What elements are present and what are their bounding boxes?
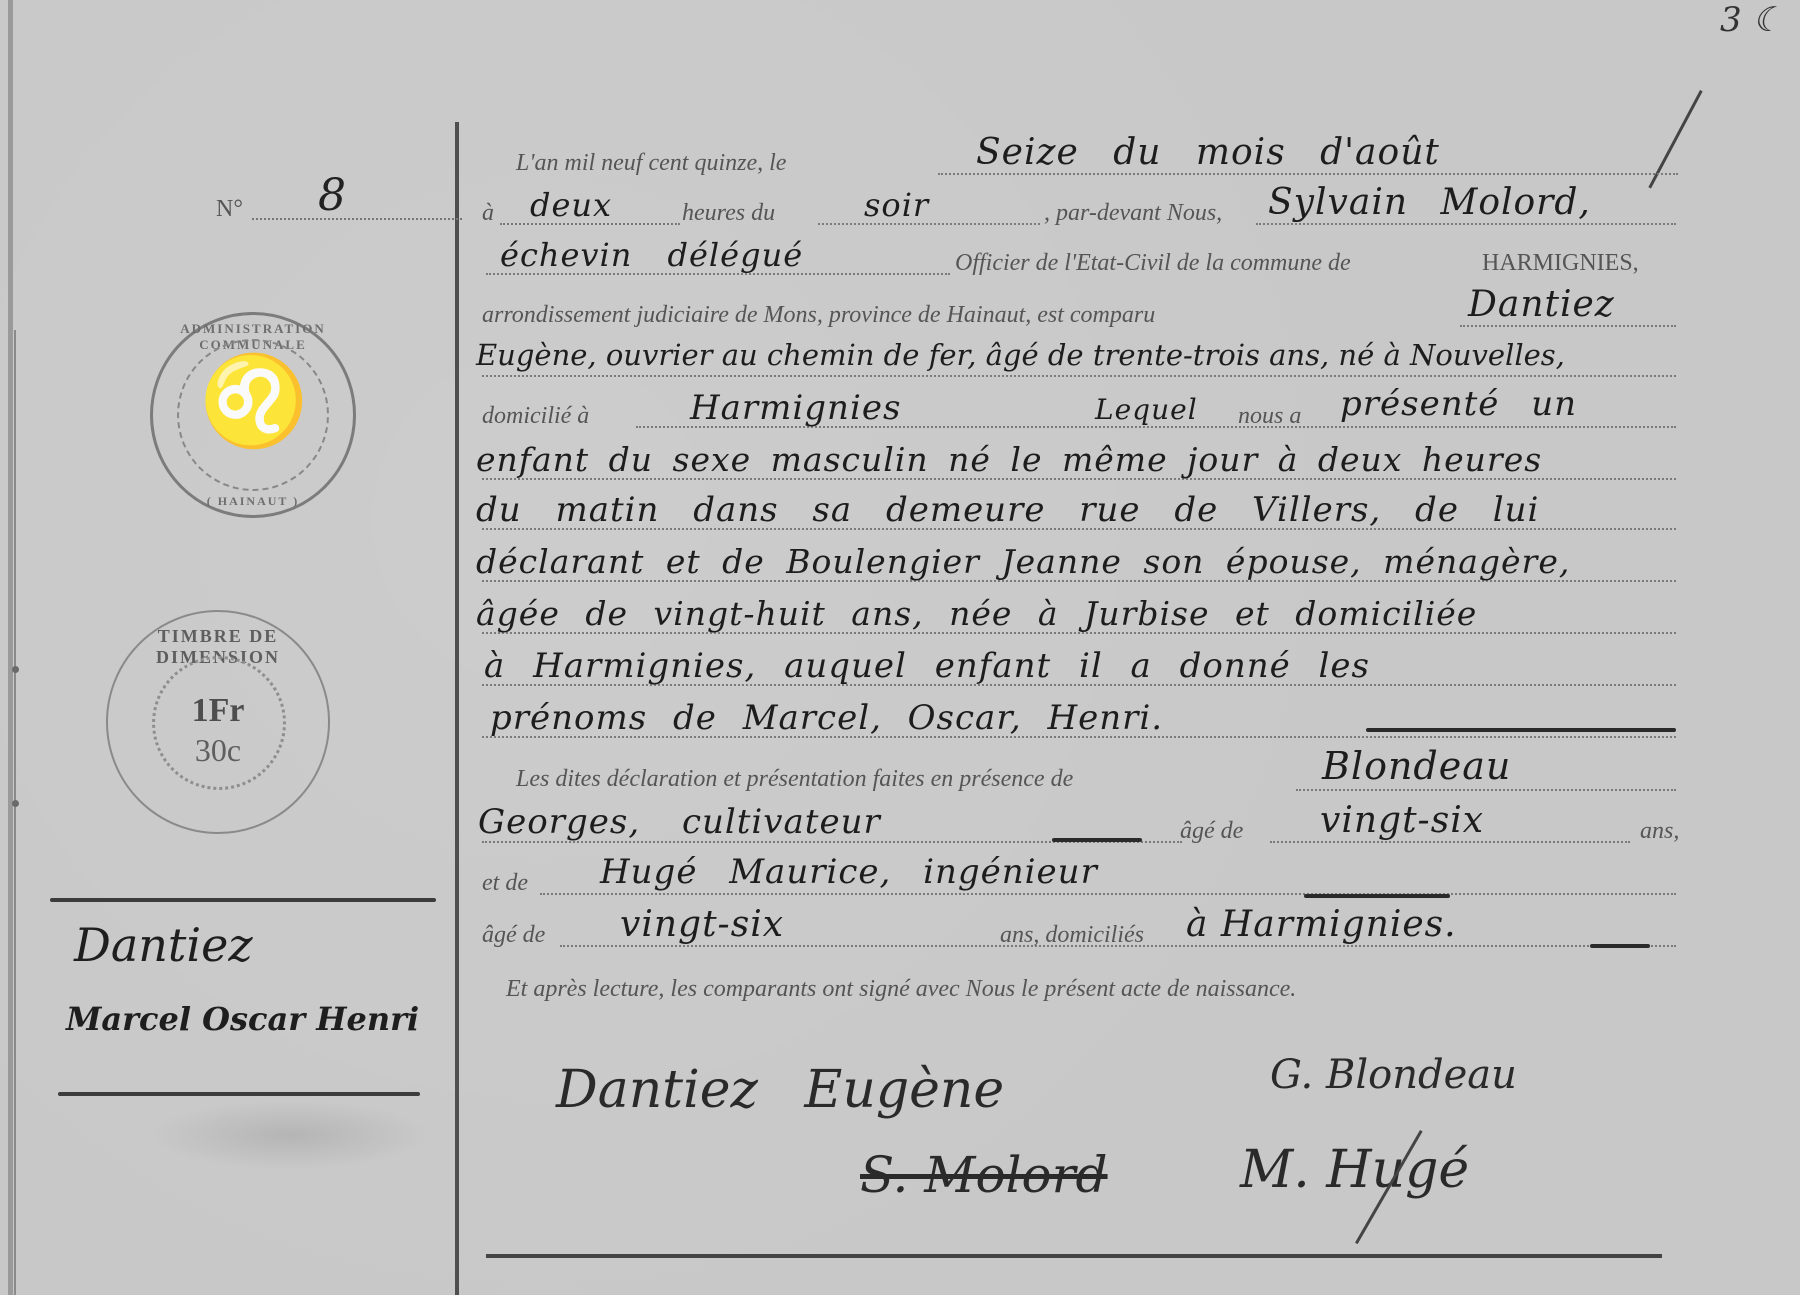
handwritten-domicile: Harmignies — [690, 388, 901, 428]
margin-given-names: Marcel Oscar Henri — [66, 1000, 419, 1038]
handwritten-mother-details: déclarant et de Boulengier Jeanne son ép… — [476, 542, 1570, 581]
printed-text: Officier de l'Etat-Civil de la commune d… — [955, 250, 1351, 277]
dotted-fill-line — [938, 173, 1678, 175]
closing-rule — [486, 1254, 1662, 1258]
fill-dash — [1366, 728, 1676, 732]
lion-icon: ♌ — [199, 359, 309, 447]
handwritten-witness1-surname: Blondeau — [1322, 744, 1511, 788]
dotted-fill-line — [1256, 223, 1676, 225]
binding-hole — [12, 666, 19, 673]
signature-witness1: G. Blondeau — [1270, 1052, 1517, 1098]
commune-name: HARMIGNIES, — [1482, 250, 1639, 277]
dotted-fill-line — [1460, 325, 1676, 327]
number-label: N° — [216, 196, 243, 223]
dotted-fill-line — [1270, 841, 1630, 843]
handwritten-officer-name: Sylvain Molord, — [1268, 182, 1591, 223]
column-divider — [455, 122, 459, 1295]
handwritten-surname: Dantiez — [1468, 284, 1615, 325]
handwritten-birth-details: enfant du sexe masculin né le même jour … — [476, 440, 1542, 479]
printed-text: L'an mil neuf cent quinze, le — [516, 150, 786, 177]
handwritten-witness1-details: Georges, cultivateur — [478, 802, 881, 842]
fill-dash — [1304, 894, 1450, 898]
margin-rule-bottom — [58, 1092, 420, 1096]
handwritten-declarant-details: Eugène, ouvrier au chemin de fer, âgé de… — [476, 338, 1565, 372]
number-value: 8 — [318, 170, 346, 221]
signature-father: Dantiez Eugène — [556, 1060, 1004, 1120]
dotted-fill-line — [540, 893, 1676, 895]
corner-annotation: 3 ☾ — [1720, 0, 1783, 40]
printed-text: Les dites déclaration et présentation fa… — [516, 766, 1073, 793]
margin-rule-top — [50, 898, 436, 902]
binding-edge — [8, 0, 13, 1295]
printed-closing-text: Et après lecture, les comparants ont sig… — [506, 976, 1296, 1003]
handwritten-hour: deux — [530, 186, 612, 224]
handwritten-witness1-age: vingt-six — [1320, 800, 1484, 841]
signature-officer: S. Molord — [860, 1146, 1108, 1204]
handwritten-witness2-age: vingt-six — [620, 904, 784, 945]
document-page: 3 ☾ N° 8 ADMINISTRATION COMMUNALE ♌ ( HA… — [0, 0, 1800, 1295]
tax-stamp-value-francs: 1Fr — [108, 692, 328, 730]
handwritten-given-names: prénoms de Marcel, Oscar, Henri. — [490, 698, 1163, 738]
margin-surname: Dantiez — [74, 918, 253, 972]
handwritten-birth-place: du matin dans sa demeure rue de Villers,… — [476, 490, 1539, 530]
printed-text: nous a — [1238, 403, 1301, 430]
printed-text: arrondissement judiciaire de Mons, provi… — [482, 302, 1155, 329]
handwritten-date: Seize du mois d'août — [976, 132, 1440, 173]
handwritten-witness2: Hugé Maurice, ingénieur — [600, 852, 1098, 892]
handwritten-time-of-day: soir — [864, 186, 929, 224]
dotted-fill-line — [1296, 789, 1676, 791]
handwritten-officer-title: échevin délégué — [500, 236, 803, 274]
ink-blot — [150, 1100, 430, 1170]
seal-ring-bottom-text: ( HAINAUT ) — [153, 494, 353, 509]
printed-text: ans, — [1640, 818, 1679, 845]
printed-text: ans, domiciliés — [1000, 922, 1144, 949]
printed-text: , par-devant Nous, — [1044, 200, 1222, 227]
dotted-fill-line — [482, 375, 1676, 377]
printed-text: âgé de — [1180, 818, 1243, 845]
handwritten-naming: à Harmignies, auquel enfant il a donné l… — [484, 646, 1370, 686]
commune-seal-stamp: ADMINISTRATION COMMUNALE ♌ ( HAINAUT ) — [150, 312, 356, 518]
fill-dash — [1590, 944, 1650, 948]
binding-hole — [12, 800, 19, 807]
printed-text: heures du — [682, 200, 775, 227]
tax-stamp-value-centimes: 30c — [108, 732, 328, 769]
number-dotted-line — [252, 218, 462, 220]
printed-text: et de — [482, 870, 528, 897]
binding-margin-line — [14, 330, 16, 1295]
printed-text: domicilié à — [482, 403, 589, 430]
printed-text: à — [482, 200, 494, 227]
tax-stamp: TIMBRE DE DIMENSION 1Fr 30c — [106, 610, 330, 834]
signature-witness2: M. Hugé — [1240, 1140, 1469, 1200]
fill-dash — [1052, 838, 1142, 842]
handwritten-witness-domicile: à Harmignies. — [1186, 904, 1457, 945]
handwritten-lequel: Lequel — [1095, 393, 1198, 426]
handwritten-presented: présenté un — [1340, 384, 1577, 424]
handwritten-mother-age-origin: âgée de vingt-huit ans, née à Jurbise et… — [476, 594, 1477, 633]
printed-text: âgé de — [482, 922, 545, 949]
